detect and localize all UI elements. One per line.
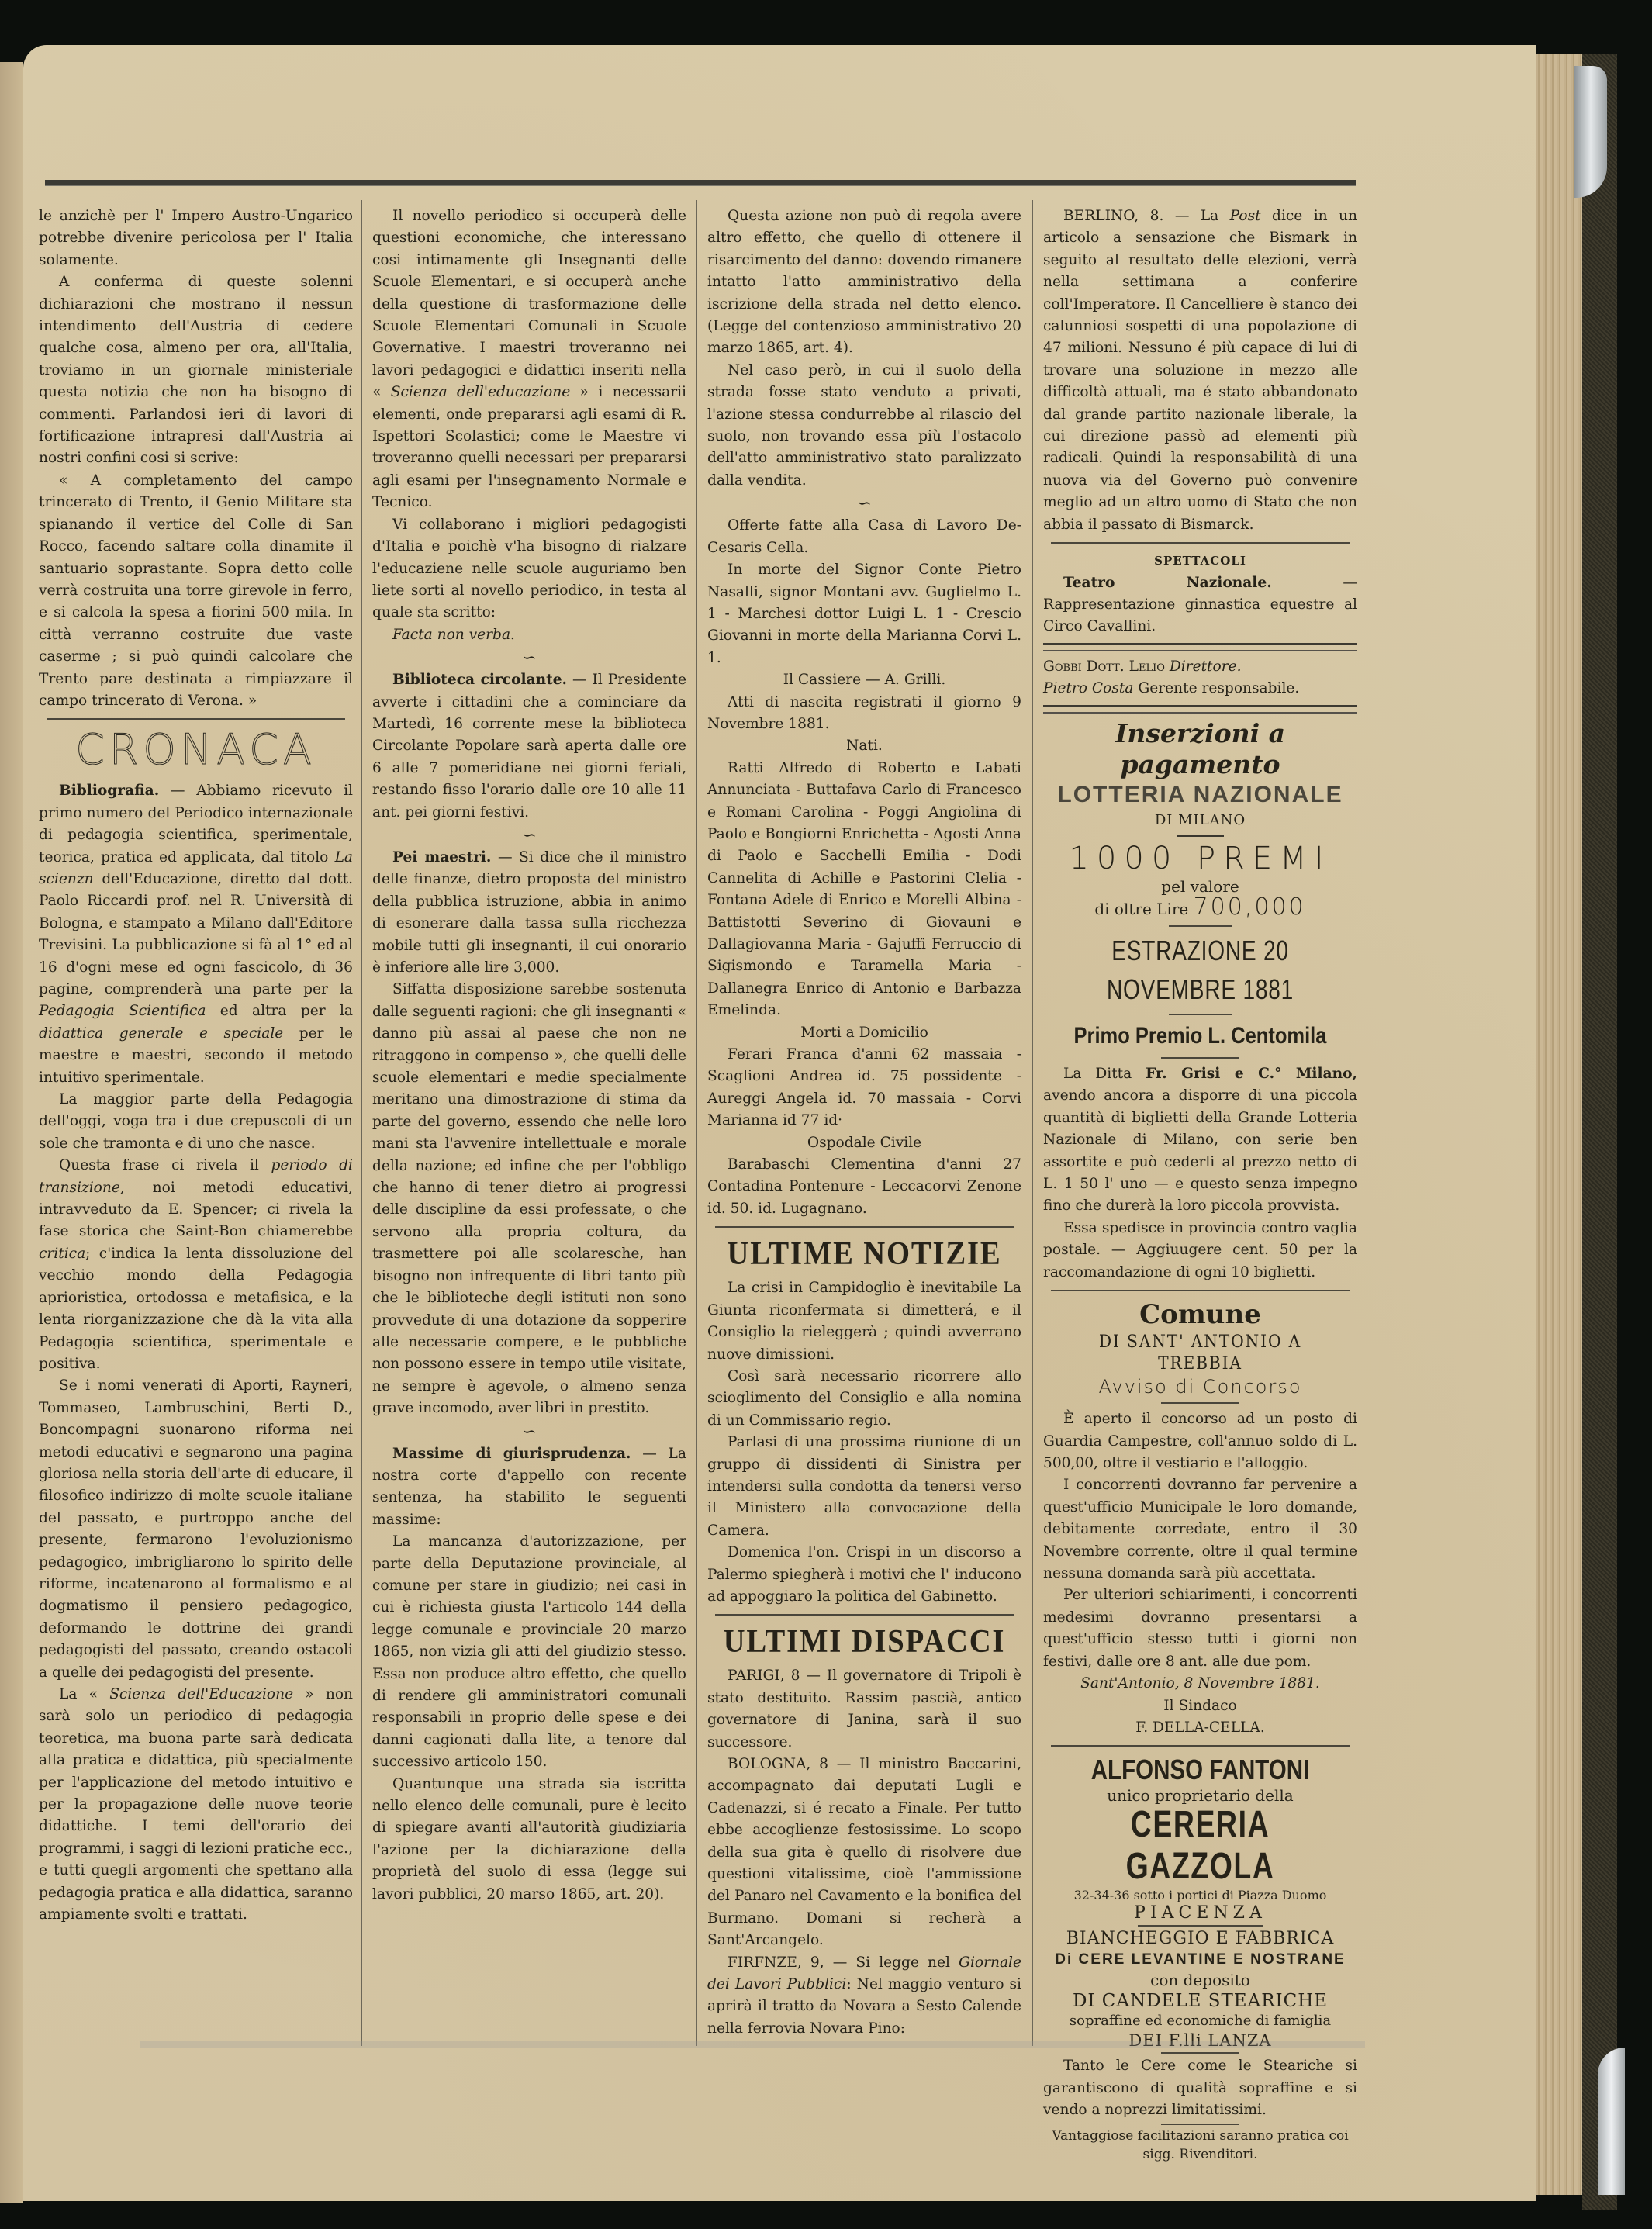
article-text: In morte del Signor Conte Pietro Nasalli… <box>707 559 1021 669</box>
double-rule <box>1043 705 1357 714</box>
article-text: Questa frase ci rivela il periodo di tra… <box>39 1155 353 1375</box>
ad-text: Tanto le Cere come le Steariche si garan… <box>1043 2055 1357 2121</box>
section-divider <box>47 718 345 720</box>
article-bibliografia: Bibliografia. — Abbiamo ricevuto il prim… <box>39 780 353 1089</box>
article-text: Siffatta disposizione sarebbe sostenuta … <box>372 979 686 1419</box>
ad-city: PIACENZA <box>1043 1903 1357 1923</box>
ad-address: 32-34-36 sotto i portici di Piazza Duomo <box>1043 1888 1357 1903</box>
subheading-spettacoli: SPETTACOLI <box>1043 550 1357 572</box>
ad-text: La Ditta Fr. Grisi e C.° Milano, avendo … <box>1043 1063 1357 1218</box>
article-text: Il novello periodico si occuperà delle q… <box>372 206 686 514</box>
ad-text: BIANCHEGGIO E FABBRICA <box>1043 1928 1357 1950</box>
bleed-through-rule <box>140 2041 1365 2048</box>
dispatch-text: BOLOGNA, 8 — Il ministro Baccarini, acco… <box>707 1754 1021 1952</box>
cassiere-signature: Il Cassiere — A. Grilli. <box>707 669 1021 691</box>
ad-text: con deposito <box>1043 1970 1357 1990</box>
column-1: le anzichè per l' Impero Austro-Ungarico… <box>39 206 353 1926</box>
ornament-icon: ∽ <box>372 1423 686 1442</box>
ad-divider <box>1161 1402 1239 1404</box>
ad-divider <box>1169 1014 1232 1015</box>
article-text: Domenica l'on. Crispi in un discorso a P… <box>707 1542 1021 1608</box>
ad-signature: F. DELLA-CELLA. <box>1043 1717 1357 1739</box>
ad-title: LOTTERIA NAZIONALE <box>1043 780 1357 810</box>
article-text: La mancanza d'autorizzazione, per parte … <box>372 1531 686 1773</box>
section-divider <box>1051 1290 1350 1291</box>
section-divider <box>715 1226 1014 1228</box>
ad-subtitle: DI SANT' ANTONIO A TREBBIA <box>1056 1332 1345 1376</box>
subheading-morti: Morti a Domicilio <box>707 1022 1021 1044</box>
ad-divider <box>1161 2052 1239 2054</box>
dispatch-text: BERLINO, 8. — La Post dice in un articol… <box>1043 206 1357 536</box>
article-pei-maestri: Pei maestri. — Si dice che il ministro d… <box>372 847 686 979</box>
ad-text: È aperto il concorso ad un posto di Guar… <box>1043 1408 1357 1474</box>
ad-date: Sant'Antonio, 8 Novembre 1881. <box>1043 1673 1357 1695</box>
article-text: Atti di nascita registrati il giorno 9 N… <box>707 692 1021 736</box>
article-text: Vi collaborano i migliori pedagogisti d'… <box>372 514 686 624</box>
ad-estrazione: ESTRAZIONE 20 NOVEMBRE 1881 <box>1078 931 1323 1009</box>
article-heading: Massime di giurisprudenza. <box>392 1446 631 1462</box>
ad-text: Essa spedisce in provincia contro vaglia… <box>1043 1218 1357 1284</box>
double-rule <box>1043 643 1357 651</box>
article-text: le anzichè per l' Impero Austro-Ungarico… <box>39 206 353 271</box>
header-rule <box>45 180 1356 186</box>
ad-text: sopraffine ed economiche di famiglia <box>1043 2012 1357 2030</box>
book-binding <box>1582 54 1617 2210</box>
article-text: Ferari Franca d'anni 62 massaia - Scagli… <box>707 1044 1021 1132</box>
article-text: Quantunque una strada sia iscritta nello… <box>372 1774 686 1906</box>
article-heading: Biblioteca circolante. <box>392 672 567 688</box>
metal-corner-bottom <box>1598 2048 1625 2195</box>
article-text: A conferma di queste solenni dichiarazio… <box>39 271 353 470</box>
ad-divider <box>1169 925 1232 927</box>
lotteria-ad: LOTTERIA NAZIONALE DI MILANO 1000 PREMI … <box>1043 780 1357 1284</box>
ad-avviso: Avviso di Concorso <box>1043 1376 1357 1398</box>
section-heading-cronaca: CRONACA <box>39 726 353 774</box>
ad-premi: 1000 PREMI <box>1043 840 1357 877</box>
article-text: Se i nomi venerati di Aporti, Rayneri, T… <box>39 1375 353 1684</box>
dispatch-text: PARIGI, 8 — Il governatore di Tripoli è … <box>707 1665 1021 1754</box>
article-text: Nel caso però, in cui il suolo della str… <box>707 360 1021 492</box>
section-divider <box>1051 542 1350 544</box>
column-divider <box>1032 200 1033 2046</box>
column-2: Il novello periodico si occuperà delle q… <box>372 206 686 1906</box>
article-text: Barabaschi Clementina d'anni 27 Contadin… <box>707 1154 1021 1220</box>
column-divider <box>696 200 697 2046</box>
article-text: Questa azione non può di regola avere al… <box>707 206 1021 360</box>
ornament-icon: ∽ <box>372 649 686 668</box>
column-3: Questa azione non può di regola avere al… <box>707 206 1021 2040</box>
direttore-line: Gobbi Dott. Lelio Direttore. <box>1043 656 1357 678</box>
ornament-icon: ∽ <box>707 495 1021 513</box>
article-text: La maggior parte della Pedagogia dell'og… <box>39 1089 353 1155</box>
quote-text: « A completamento del campo trincerato d… <box>39 470 353 712</box>
ad-primo-premio: Primo Premio L. Centomila <box>1066 1020 1333 1052</box>
ad-sindaco: Il Sindaco <box>1043 1695 1357 1717</box>
article-text: Così sarà necessario ricorrere allo scio… <box>707 1366 1021 1432</box>
dispatch-text: FIRFNZE, 9, — Si legge nel Giornale dei … <box>707 1952 1021 2041</box>
ad-title: ALFONSO FANTONI <box>1071 1753 1329 1787</box>
ad-text: unico proprietario della <box>1043 1787 1357 1804</box>
article-text: La crisi in Campidoglio è inevitabile La… <box>707 1277 1021 1366</box>
article-massime: Massime di giurisprudenza. — La nostra c… <box>372 1443 686 1532</box>
ad-divider <box>1161 2124 1239 2125</box>
article-text: Ratti Alfredo di Roberto e Labati Annunc… <box>707 758 1021 1022</box>
section-heading-ultime-notizie: ULTIME NOTIZIE <box>720 1234 1009 1274</box>
ad-title: Comune <box>1043 1298 1357 1332</box>
article-teatro: Teatro Nazionale. — Rappresentazione gin… <box>1043 572 1357 638</box>
ad-text: DI CANDELE STEARICHE <box>1043 1990 1357 2012</box>
column-4: BERLINO, 8. — La Post dice in un articol… <box>1043 206 1357 2164</box>
article-heading: Teatro Nazionale. <box>1063 575 1272 591</box>
metal-corner-top <box>1574 66 1607 198</box>
gerente-line: Pietro Costa Gerente responsabile. <box>1043 678 1357 700</box>
subheading-ospedale: Ospodale Civile <box>707 1132 1021 1154</box>
motto: Facta non verba. <box>372 624 686 646</box>
cereria-ad: ALFONSO FANTONI unico proprietario della… <box>1043 1753 1357 2163</box>
ad-cereria-title: CERERIA GAZZOLA <box>1078 1804 1323 1888</box>
ad-city: DI MILANO <box>1043 810 1357 831</box>
section-divider <box>715 1614 1014 1616</box>
section-heading-ultimi-dispacci: ULTIMI DISPACCI <box>720 1622 1009 1662</box>
ad-text: Di CERE LEVANTINE E NOSTRANE <box>1043 1950 1357 1970</box>
article-heading: Pei maestri. <box>392 849 491 866</box>
ad-divider <box>1138 1925 1263 1927</box>
article-text: Offerte fatte alla Casa di Lavoro De-Ces… <box>707 515 1021 559</box>
paid-ads-heading: Inserzioni a pagamento <box>1043 718 1357 780</box>
column-divider <box>361 200 362 2046</box>
comune-ad: Comune DI SANT' ANTONIO A TREBBIA Avviso… <box>1043 1298 1357 1739</box>
article-biblioteca: Biblioteca circolante. — Il Presidente a… <box>372 669 686 824</box>
subheading-nati: Nati. <box>707 735 1021 757</box>
section-divider <box>1051 1745 1350 1747</box>
ad-text: Per ulteriori schiarimenti, i concorrent… <box>1043 1584 1357 1673</box>
article-text: La « Scienza dell'Educazione » non sarà … <box>39 1684 353 1926</box>
ornament-icon: ∽ <box>372 827 686 845</box>
article-text: Parlasi di una prossima riunione di un g… <box>707 1432 1021 1542</box>
adjacent-page-edge <box>0 62 23 2203</box>
article-heading: Bibliografia. <box>59 783 159 799</box>
ad-divider <box>1177 835 1224 837</box>
ad-text: Vantaggiose facilitazioni saranno pratic… <box>1043 2127 1357 2164</box>
ad-divider <box>1161 1057 1239 1059</box>
ad-text: I concorrenti dovranno far pervenire a q… <box>1043 1474 1357 1584</box>
ad-value-line: di oltre Lire 700,000 <box>1043 896 1357 921</box>
